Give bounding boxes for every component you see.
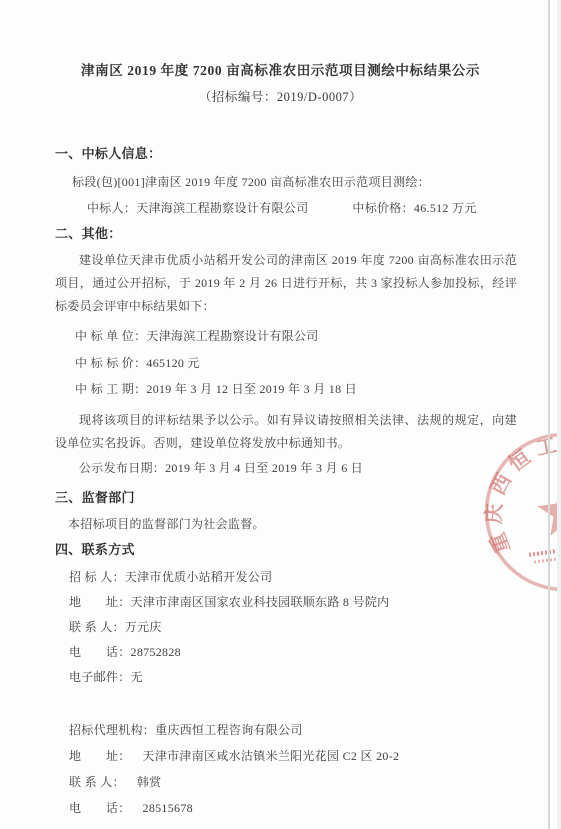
scan-page-edge-shade <box>557 0 561 829</box>
tenderer-contact-person-label: 联 系 人： <box>69 620 125 634</box>
award-row-duration: 中 标 工 期：2019 年 3 月 12 日至 2019 年 3 月 18 日 <box>55 376 517 403</box>
award-row-price: 中 标 标 价：465120 元 <box>55 350 517 377</box>
award-unit-label: 中 标 单 位： <box>75 329 146 343</box>
tenderer-address-row: 地 址：天津市津南区国家农业科技园联顺东路 8 号院内 <box>55 590 517 615</box>
section-other-heading: 二、其他： <box>55 225 517 243</box>
tenderer-phone-value: 28752828 <box>131 645 181 659</box>
award-row-unit: 中 标 单 位：天津海滨工程勘察设计有限公司 <box>55 323 517 350</box>
tenderer-phone-row: 电 话：28752828 <box>55 640 517 665</box>
tenderer-phone-label: 电 话： <box>69 645 131 659</box>
agency-contact-rows: 招标代理机构：重庆西恒工程咨询有限公司 地 址：天津市津南区咸水沽镇米兰阳光花园… <box>55 717 517 821</box>
agency-contact-person-value: 韩赏 <box>137 775 162 789</box>
agency-address-row: 地 址：天津市津南区咸水沽镇米兰阳光花园 C2 区 20-2 <box>55 743 517 769</box>
award-price-value: 465120 元 <box>146 356 199 370</box>
tenderer-email-row: 电子邮件：无 <box>55 665 517 690</box>
winner-price-value: 46.512 万元 <box>414 201 477 215</box>
section-contact-heading: 四、联系方式 <box>55 541 517 559</box>
tenderer-name-value: 天津市优质小站稻开发公司 <box>125 570 273 584</box>
award-duration-label: 中 标 工 期： <box>75 382 146 396</box>
publish-date-line: 公示发布日期：2019 年 3 月 4 日至 2019 年 3 月 6 日 <box>55 457 517 480</box>
bid-opening-paragraph: 建设单位天津市优质小站稻开发公司的津南区 2019 年度 7200 亩高标准农田… <box>55 249 517 318</box>
svg-text:重庆西恒工程咨询有限公司: 重庆西恒工程咨询有限公司 <box>467 415 561 559</box>
award-detail-rows: 中 标 单 位：天津海滨工程勘察设计有限公司 中 标 标 价：465120 元 … <box>55 323 517 403</box>
tenderer-email-value: 无 <box>131 670 143 684</box>
agency-phone-row: 电 话：28515678 <box>55 795 517 821</box>
tenderer-contact-rows: 招 标 人：天津市优质小站稻开发公司 地 址：天津市津南区国家农业科技园联顺东路… <box>55 565 517 690</box>
tender-number: （招标编号：2019/D-0007） <box>0 89 561 106</box>
publicity-notice-paragraph: 现将该项目的评标结果予以公示。如有异议请按照相关法律、法规的规定，向建设单位实名… <box>55 409 517 455</box>
tenderer-name-row: 招 标 人：天津市优质小站稻开发公司 <box>55 565 517 590</box>
tenderer-contact-person-value: 万元庆 <box>125 620 162 634</box>
scan-page-edge-line <box>548 0 550 829</box>
winner-price-label: 中标价格： <box>352 201 414 215</box>
winner-name-value: 天津海滨工程勘察设计有限公司 <box>136 201 308 215</box>
agency-name-row: 招标代理机构：重庆西恒工程咨询有限公司 <box>55 717 517 743</box>
tenderer-email-label: 电子邮件： <box>69 670 131 684</box>
award-price-label: 中 标 标 价： <box>75 356 146 370</box>
section-supervision-heading: 三、监督部门 <box>55 489 517 507</box>
award-unit-value: 天津海滨工程勘察设计有限公司 <box>146 329 318 343</box>
winner-name-label: 中标人： <box>87 201 136 215</box>
agency-name-label: 招标代理机构： <box>69 723 155 737</box>
page-title: 津南区 2019 年度 7200 亩高标准农田示范项目测绘中标结果公示 <box>0 62 561 80</box>
agency-contact-person-row: 联 系 人：韩赏 <box>55 769 517 795</box>
winner-line: 中标人：天津海滨工程勘察设计有限公司中标价格：46.512 万元 <box>55 198 517 218</box>
agency-contact-person-label: 联 系 人： <box>69 775 125 789</box>
agency-address-value: 天津市津南区咸水沽镇米兰阳光花园 C2 区 20-2 <box>143 749 400 763</box>
supervision-body: 本招标项目的监督部门为社会监督。 <box>55 513 517 535</box>
agency-name-value: 重庆西恒工程咨询有限公司 <box>155 723 303 737</box>
agency-address-label: 地 址： <box>69 749 131 763</box>
scanned-announcement-page: { "header": { "title": "津南区 2019 年度 7200… <box>0 0 561 829</box>
agency-phone-value: 28515678 <box>143 801 193 815</box>
tenderer-contact-person-row: 联 系 人：万元庆 <box>55 615 517 640</box>
lot-package-line: 标段(包)[001]津南区 2019 年度 7200 亩高标准农田示范项目测绘： <box>55 172 517 192</box>
tenderer-name-label: 招 标 人： <box>69 570 125 584</box>
award-duration-value: 2019 年 3 月 12 日至 2019 年 3 月 18 日 <box>146 382 357 396</box>
tenderer-address-value: 天津市津南区国家农业科技园联顺东路 8 号院内 <box>131 595 390 609</box>
section-winner-info-heading: 一、中标人信息： <box>55 145 517 163</box>
tenderer-address-label: 地 址： <box>69 595 131 609</box>
agency-phone-label: 电 话： <box>69 801 131 815</box>
seal-company-text: 重庆西恒工程咨询有限公司 <box>467 415 561 559</box>
